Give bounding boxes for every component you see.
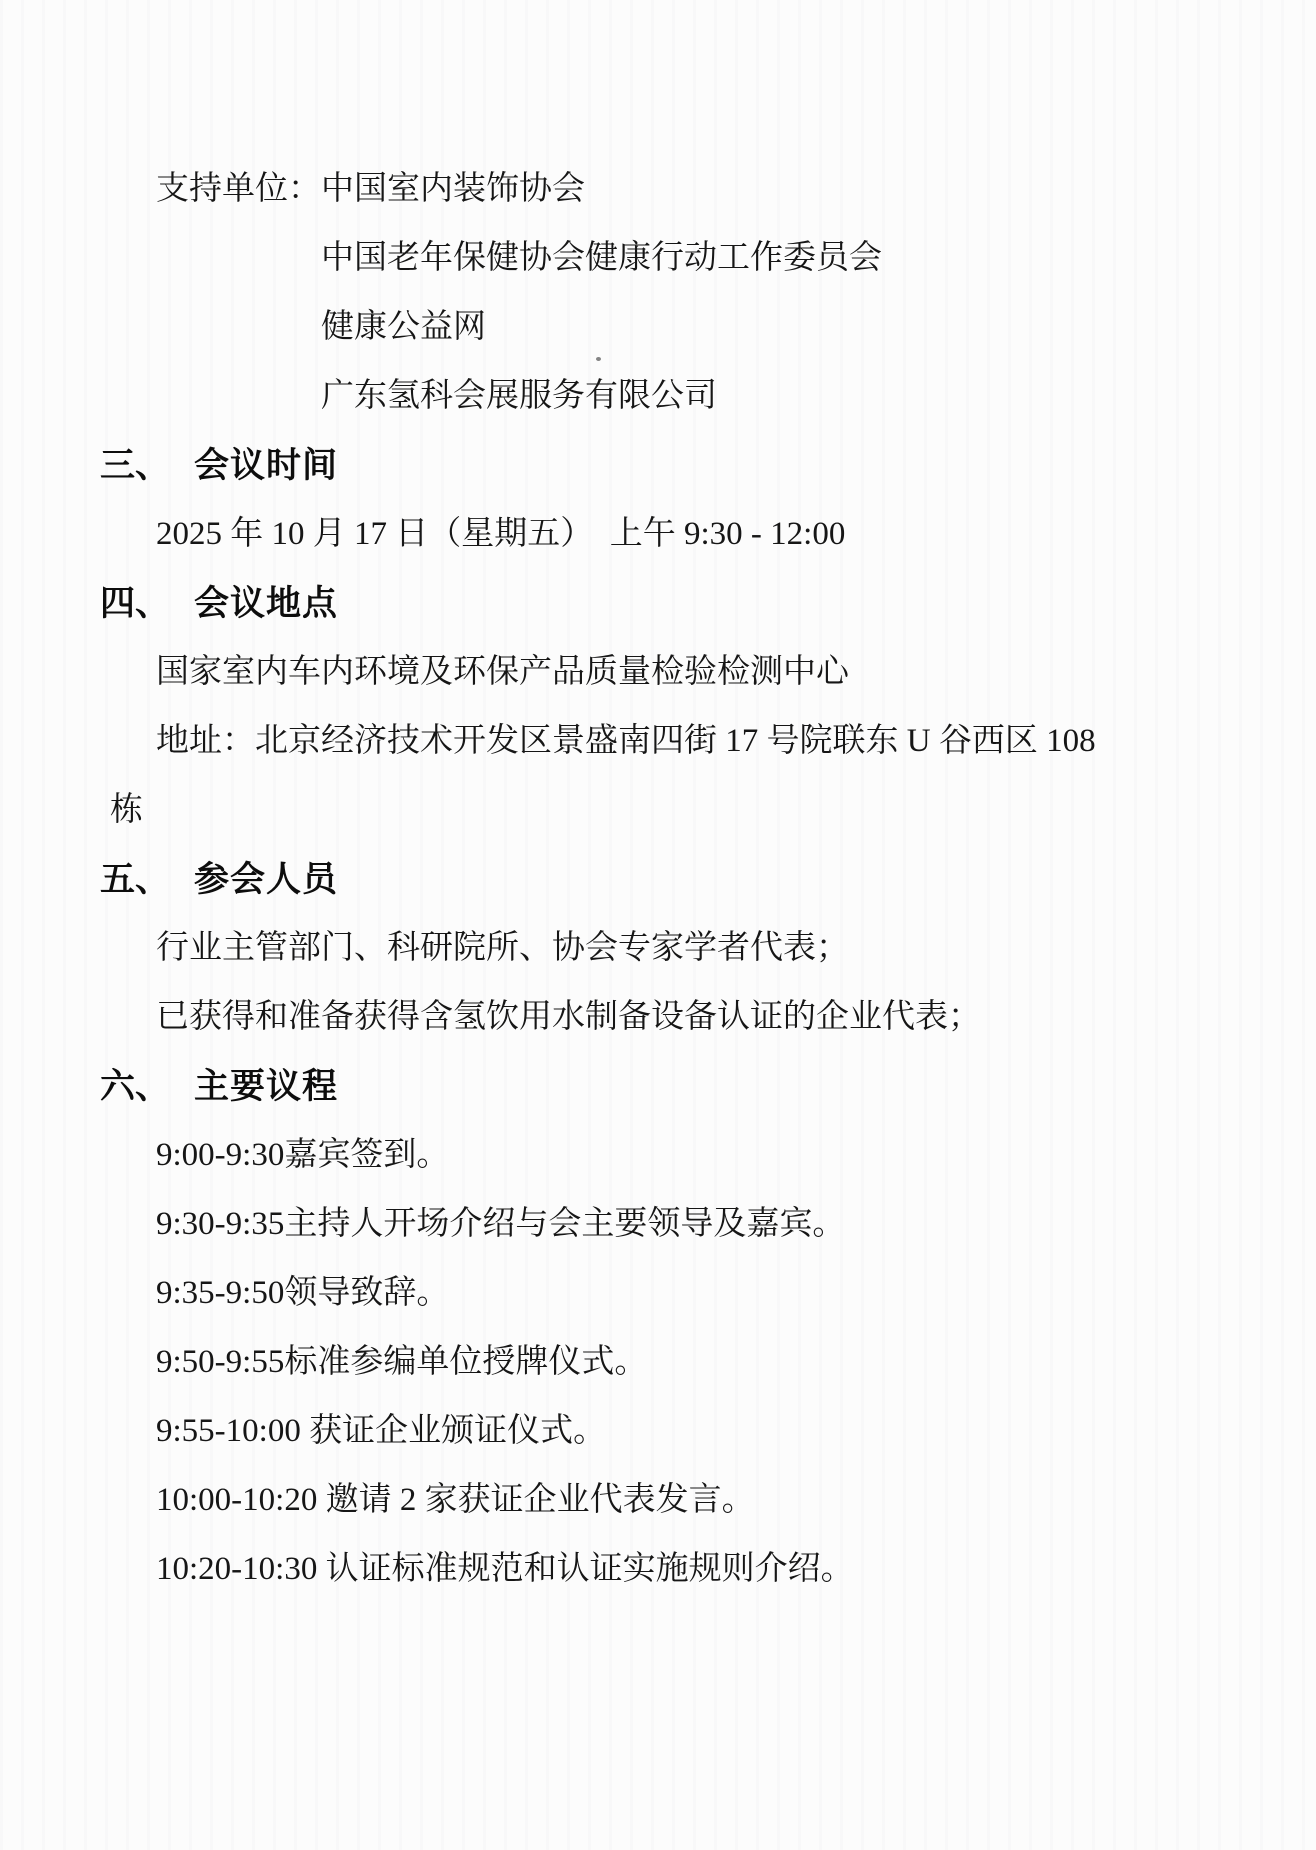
supporter-item: 中国室内装饰协会 [321, 171, 585, 207]
agenda-item: 9:30-9:35主持人开场介绍与会主要领导及嘉宾。 [0, 1190, 1316, 1259]
section-heading-attendees: 五、参会人员 [0, 845, 1316, 914]
section-heading-agenda: 六、主要议程 [0, 1052, 1316, 1121]
section-title: 主要议程 [194, 1067, 338, 1106]
section-heading-meeting-time: 三、会议时间 [0, 431, 1316, 500]
meeting-time-line: 2025 年 10 月 17 日（星期五） 上午 9:30 - 12:00 [0, 500, 1316, 569]
section-number: 五、 [100, 860, 170, 899]
section-title: 会议时间 [194, 446, 338, 485]
address-continuation: 栋 [0, 776, 1316, 845]
attendees-line: 行业主管部门、科研院所、协会专家学者代表； [0, 914, 1316, 983]
supporters-label: 支持单位： [156, 171, 321, 207]
agenda-item: 10:20-10:30 认证标准规范和认证实施规则介绍。 [0, 1535, 1316, 1604]
supporters-line: 支持单位：中国室内装饰协会 [0, 155, 1316, 224]
address-line: 地址：北京经济技术开发区景盛南四街 17 号院联东 U 谷西区 108 [0, 707, 1316, 776]
section-title: 参会人员 [194, 860, 338, 899]
section-number: 四、 [100, 584, 170, 623]
agenda-item: 9:50-9:55标准参编单位授牌仪式。 [0, 1328, 1316, 1397]
agenda-item: 10:00-10:20 邀请 2 家获证企业代表发言。 [0, 1466, 1316, 1535]
agenda-item: 9:00-9:30嘉宾签到。 [0, 1121, 1316, 1190]
venue-line: 国家室内车内环境及环保产品质量检验检测中心 [0, 638, 1316, 707]
supporter-item: 健康公益网 [0, 293, 1316, 362]
document-page: 支持单位：中国室内装饰协会 中国老年保健协会健康行动工作委员会 健康公益网 广东… [0, 0, 1316, 1850]
section-number: 三、 [100, 446, 170, 485]
agenda-item: 9:35-9:50领导致辞。 [0, 1259, 1316, 1328]
attendees-line: 已获得和准备获得含氢饮用水制备设备认证的企业代表； [0, 983, 1316, 1052]
supporter-item: 广东氢科会展服务有限公司 [0, 362, 1316, 431]
section-heading-meeting-venue: 四、会议地点 [0, 569, 1316, 638]
supporter-item: 中国老年保健协会健康行动工作委员会 [0, 224, 1316, 293]
section-title: 会议地点 [194, 584, 338, 623]
section-number: 六、 [100, 1067, 170, 1106]
document-content: 支持单位：中国室内装饰协会 中国老年保健协会健康行动工作委员会 健康公益网 广东… [0, 155, 1316, 1604]
agenda-item: 9:55-10:00 获证企业颁证仪式。 [0, 1397, 1316, 1466]
